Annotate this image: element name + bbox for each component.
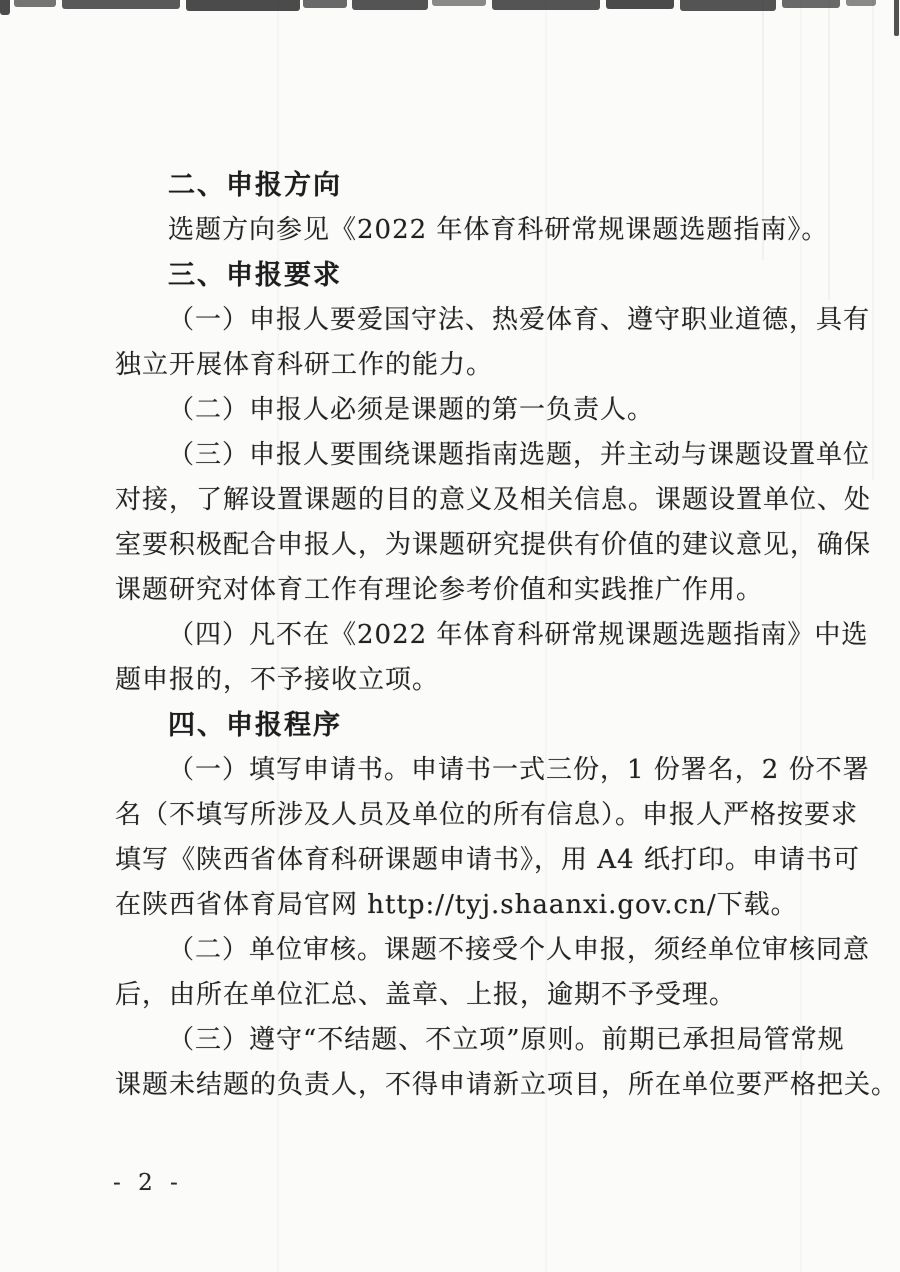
text-line: 名（不填写所涉及人员及单位的所有信息）。申报人严格按要求 — [115, 793, 815, 838]
scan-noise — [0, 0, 10, 15]
scan-noise — [186, 0, 300, 11]
section-heading-2: 二、申报方向 — [115, 163, 815, 208]
scan-streak — [872, 0, 874, 480]
scan-noise — [606, 0, 674, 9]
text-line: 课题未结题的负责人，不得申请新立项目，所在单位要严格把关。 — [115, 1063, 815, 1108]
scanned-document-page: 二、申报方向 选题方向参见《2022 年体育科研常规课题选题指南》。 三、申报要… — [0, 0, 900, 1272]
section-heading-3: 三、申报要求 — [115, 253, 815, 298]
text-line: 对接，了解设置课题的目的意义及相关信息。课题设置单位、处 — [115, 478, 815, 523]
text-line: 课题研究对体育工作有理论参考价值和实践推广作用。 — [115, 568, 815, 613]
scan-artifact-top-band — [0, 0, 900, 18]
text-line: 题申报的，不予接收立项。 — [115, 658, 815, 703]
scan-noise — [303, 0, 347, 8]
text-line: （一）申报人要爱国守法、热爱体育、遵守职业道德，具有 — [115, 298, 815, 343]
scan-noise — [62, 0, 180, 9]
scan-noise — [14, 0, 56, 7]
text-line: （三）申报人要围绕课题指南选题，并主动与课题设置单位 — [115, 433, 815, 478]
document-body: 二、申报方向 选题方向参见《2022 年体育科研常规课题选题指南》。 三、申报要… — [115, 163, 815, 1108]
text-line: 室要积极配合申报人，为课题研究提供有价值的建议意见，确保 — [115, 523, 815, 568]
text-line: 后，由所在单位汇总、盖章、上报，逾期不予受理。 — [115, 973, 815, 1018]
text-line: （二）申报人必须是课题的第一负责人。 — [115, 388, 815, 433]
text-line: （一）填写申请书。申请书一式三份，1 份署名，2 份不署 — [115, 748, 815, 793]
text-line: 独立开展体育科研工作的能力。 — [115, 343, 815, 388]
scan-streak — [828, 0, 830, 300]
section-heading-4: 四、申报程序 — [115, 703, 815, 748]
page-number: - 2 - — [113, 1170, 183, 1196]
scan-noise — [782, 0, 840, 8]
scan-artifact-right-edge — [894, 0, 899, 36]
scan-noise — [352, 0, 428, 10]
text-line: （四）凡不在《2022 年体育科研常规课题选题指南》中选 — [115, 613, 815, 658]
text-line: （二）单位审核。课题不接受个人申报，须经单位审核同意 — [115, 928, 815, 973]
text-line: 填写《陕西省体育科研课题申请书》，用 A4 纸打印。申请书可 — [115, 838, 815, 883]
text-line: 在陕西省体育局官网 http://tyj.shaanxi.gov.cn/下载。 — [115, 883, 815, 928]
text-line: 选题方向参见《2022 年体育科研常规课题选题指南》。 — [115, 208, 815, 253]
text-line: （三）遵守“不结题、不立项”原则。前期已承担局管常规 — [115, 1018, 815, 1063]
scan-noise — [432, 0, 486, 6]
